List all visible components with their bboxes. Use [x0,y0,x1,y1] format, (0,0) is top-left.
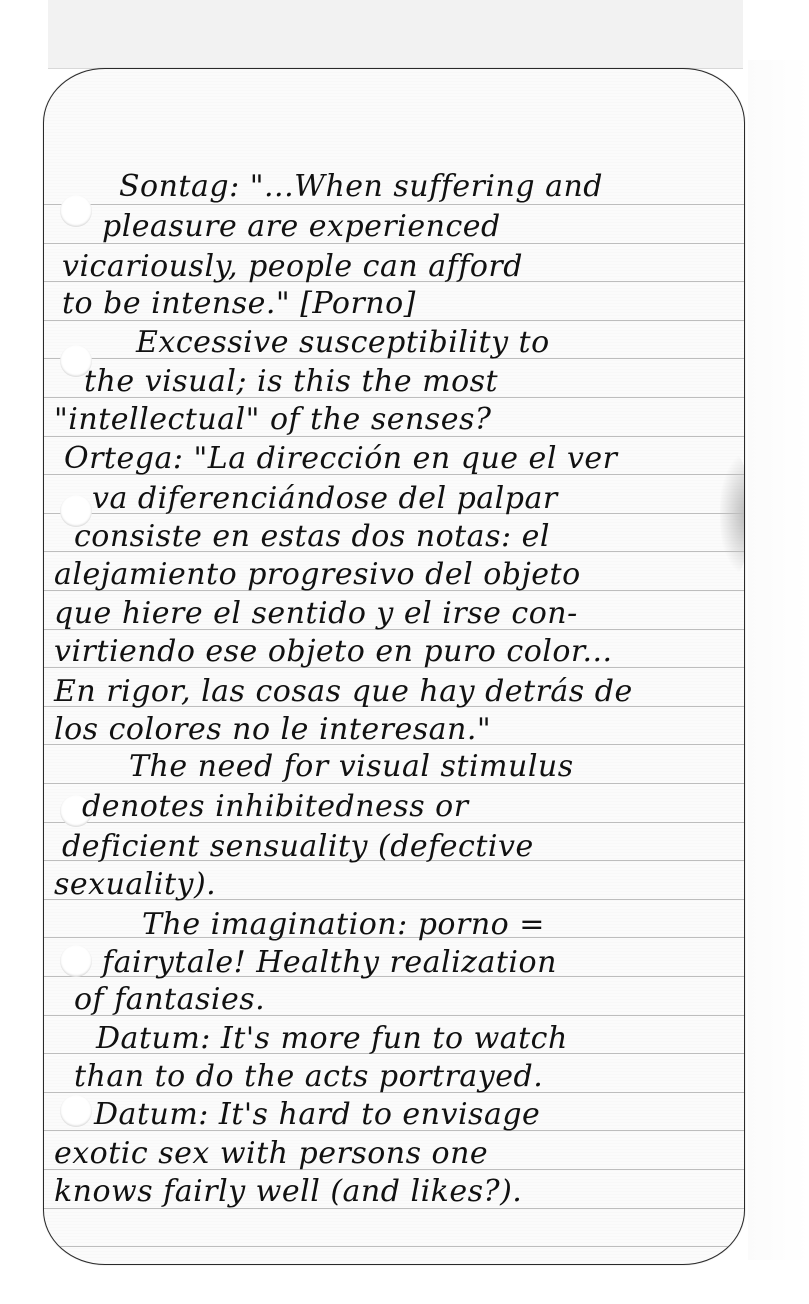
text-line: The imagination: porno = [142,907,545,943]
text-line: "intellectual" of the senses? [54,402,491,438]
text-line: alejamiento progresivo del objeto [54,557,581,593]
text-line: Datum: It's hard to envisage [94,1097,540,1133]
text-line: Datum: It's more fun to watch [96,1021,568,1057]
text-line: The need for visual stimulus [129,749,574,785]
text-line: exotic sex with persons one [54,1136,488,1172]
handwritten-text: Sontag: "...When suffering and pleasure … [44,69,744,1264]
text-line: consiste en estas dos notas: el [74,519,550,555]
background-paper-strip [48,0,743,69]
text-line: pleasure are experienced [102,209,501,245]
text-line: vicariously, people can afford [62,249,523,285]
text-line: to be intense." [Porno] [62,286,416,322]
text-line: Sontag: "...When suffering and [119,169,603,205]
text-line: En rigor, las cosas que hay detrás de [54,674,633,710]
text-line: fairytale! Healthy realization [102,945,557,981]
text-line: Ortega: "La dirección en que el ver [64,441,618,477]
text-line: denotes inhibitedness or [82,789,469,825]
text-line: sexuality). [54,867,216,903]
text-line: va diferenciándose del palpar [92,481,558,517]
text-line: deficient sensuality (defective [62,829,534,865]
text-line: than to do the acts portrayed. [74,1059,543,1095]
text-line: Excessive susceptibility to [136,325,550,361]
text-line: los colores no le interesan." [54,712,491,748]
text-line: virtiendo ese objeto en puro color... [54,634,613,670]
text-line: of fantasies. [74,982,265,1018]
text-line: que hiere el sentido y el irse con- [54,596,578,632]
text-line: the visual; is this the most [84,364,498,400]
text-line: knows fairly well (and likes?). [54,1174,522,1210]
background-margin [748,60,809,1260]
note-card: Sontag: "...When suffering and pleasure … [43,68,745,1265]
